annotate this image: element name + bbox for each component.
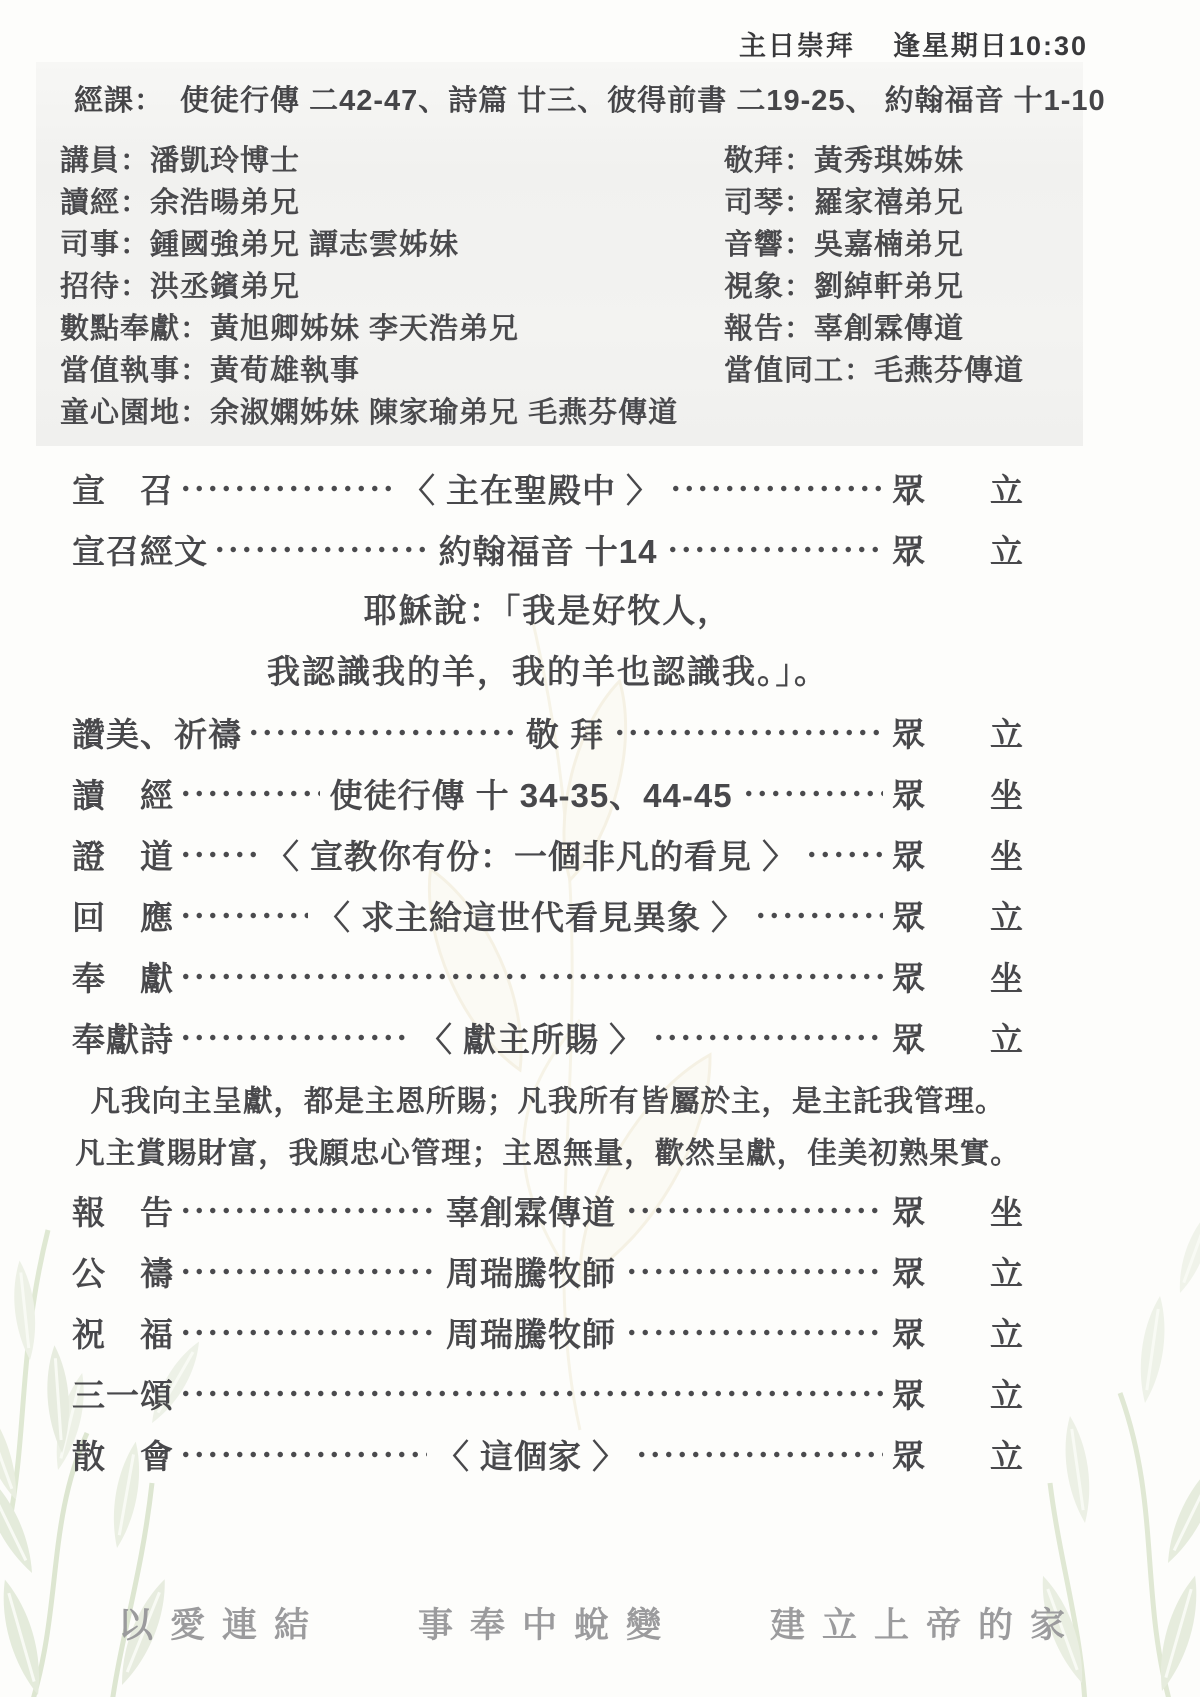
liturgy-item-label: 宣召經文: [72, 526, 208, 573]
dotted-leader: [179, 838, 257, 871]
dotted-leader: [536, 1377, 883, 1410]
liturgy-row: 讚美、祈禱 敬 拜 眾 立: [72, 702, 1024, 763]
liturgy-row: 散 會 〈 這個家 〉 眾 立: [72, 1424, 1024, 1485]
roster-item: 報告：辜創霖傳道: [724, 308, 1024, 350]
liturgy-item-content: 周瑞騰牧師: [442, 1309, 620, 1356]
liturgy-row: 回 應 〈 求主給這世代看見異象 〉 眾 立: [72, 885, 1024, 946]
dotted-leader: [179, 899, 308, 932]
congregation-label: 眾: [892, 831, 926, 878]
liturgy-item-posture: 眾 坐: [892, 953, 1024, 1000]
roster-item: 司事：鍾國強弟兄 譚志雲姊妹: [60, 224, 678, 266]
liturgy-item-posture: 眾 立: [892, 892, 1024, 939]
liturgy-row: 報 告 辜創霖傳道 眾 坐: [72, 1180, 1024, 1241]
roster-left-column: 講員：潘凱玲博士 讀經：余浩暘弟兄 司事：鍾國強弟兄 譚志雲姊妹 招待：洪丞鑌弟…: [60, 140, 678, 434]
church-motto: 以愛連結 事奉中蛻變 建立上帝的家: [0, 1598, 1200, 1648]
dotted-leader: [613, 716, 883, 749]
dotted-leader: [742, 777, 883, 810]
roster-item: 童心園地：余淑嫻姊妹 陳家瑜弟兄 毛燕芬傳道: [60, 392, 678, 434]
liturgy-item-label: 證 道: [72, 831, 174, 878]
dotted-leader: [666, 533, 883, 566]
congregation-label: 眾: [892, 1309, 926, 1356]
liturgy-item-content: 〈 主在聖殿中 〉: [398, 465, 664, 512]
liturgy-row: 奉 獻 眾 坐: [72, 946, 1024, 1007]
dotted-leader: [536, 960, 883, 993]
liturgy-item-label: 讀 經: [72, 770, 174, 817]
bulletin-header: 主日崇拜 逢星期日10:30: [739, 24, 1088, 63]
liturgy-row: 證 道 〈 宣教你有份：一個非凡的看見 〉 眾 坐: [72, 824, 1024, 885]
service-title: 主日崇拜: [739, 24, 855, 63]
liturgy-item-posture: 眾 立: [892, 1309, 1024, 1356]
dotted-leader: [625, 1316, 883, 1349]
dotted-leader: [635, 1438, 883, 1471]
dotted-leader: [179, 1021, 410, 1054]
liturgy-item-posture: 眾 立: [892, 526, 1024, 573]
liturgy-item-posture: 眾 立: [892, 1370, 1024, 1417]
dotted-leader: [179, 1255, 437, 1288]
posture-label: 立: [990, 1431, 1024, 1478]
liturgy-item-posture: 眾 立: [892, 1014, 1024, 1061]
posture-label: 坐: [990, 770, 1024, 817]
liturgy-item-label: 祝 福: [72, 1309, 174, 1356]
dotted-leader: [625, 1194, 883, 1227]
lectionary-label: 經課：: [74, 78, 164, 119]
liturgy-row: 祝 福 周瑞騰牧師 眾 立: [72, 1302, 1024, 1363]
posture-label: 立: [990, 526, 1024, 573]
liturgy-item-posture: 眾 坐: [892, 831, 1024, 878]
dotted-leader: [247, 716, 517, 749]
dotted-leader: [179, 1316, 437, 1349]
offertory-hymn-line: 凡主賞賜財富，我願忠心管理；主恩無量，歡然呈獻，佳美初熟果實。: [72, 1128, 1024, 1180]
dotted-leader: [179, 1438, 427, 1471]
congregation-label: 眾: [892, 709, 926, 756]
liturgy-item-posture: 眾 立: [892, 1248, 1024, 1295]
liturgy-item-label: 散 會: [72, 1431, 174, 1478]
dotted-leader: [179, 777, 320, 810]
liturgy-item-content: 〈 求主給這世代看見異象 〉: [313, 892, 749, 939]
liturgy-row: 奉獻詩 〈 獻主所賜 〉 眾 立: [72, 1007, 1024, 1068]
liturgy-row: 讀 經 使徒行傳 十 34-35、44-45 眾 坐: [72, 763, 1024, 824]
dotted-leader: [179, 1377, 526, 1410]
congregation-label: 眾: [892, 770, 926, 817]
congregation-label: 眾: [892, 526, 926, 573]
liturgy-item-posture: 眾 坐: [892, 770, 1024, 817]
congregation-label: 眾: [892, 1014, 926, 1061]
liturgy-item-label: 奉獻詩: [72, 1014, 174, 1061]
order-of-service: 宣 召 〈 主在聖殿中 〉 眾 立 宣召經文 約翰福音 十14 眾 立 耶穌說：…: [72, 458, 1024, 1485]
dotted-leader: [179, 472, 393, 505]
liturgy-row: 宣 召 〈 主在聖殿中 〉 眾 立: [72, 458, 1024, 519]
congregation-label: 眾: [892, 953, 926, 1000]
liturgy-item-label: 報 告: [72, 1187, 174, 1234]
roster-item: 當值執事：黃荀雄執事: [60, 350, 678, 392]
dotted-leader: [652, 1021, 883, 1054]
roster-item: 讀經：余浩暘弟兄: [60, 182, 678, 224]
liturgy-item-label: 回 應: [72, 892, 174, 939]
lectionary-content: 使徒行傳 二42-47、詩篇 廿三、彼得前書 二19-25、 約翰福音 十1-1…: [180, 78, 1106, 119]
roster-item: 當值同工：毛燕芬傳道: [724, 350, 1024, 392]
liturgy-item-content: 〈 宣教你有份：一個非凡的看見 〉: [262, 831, 800, 878]
posture-label: 坐: [990, 953, 1024, 1000]
motto-phrase: 事奉中蛻變: [418, 1598, 678, 1648]
liturgy-item-label: 三一頌: [72, 1370, 174, 1417]
posture-label: 立: [990, 465, 1024, 512]
posture-label: 坐: [990, 831, 1024, 878]
posture-label: 立: [990, 1370, 1024, 1417]
call-scripture-line: 耶穌說：「我是好牧人，: [72, 580, 1024, 641]
liturgy-item-label: 宣 召: [72, 465, 174, 512]
liturgy-item-content: 〈 這個家 〉: [432, 1431, 630, 1478]
roster-item: 音響：吳嘉楠弟兄: [724, 224, 1024, 266]
liturgy-item-posture: 眾 立: [892, 1431, 1024, 1478]
liturgy-item-label: 奉 獻: [72, 953, 174, 1000]
dotted-leader: [669, 472, 883, 505]
liturgy-item-content: 〈 獻主所賜 〉: [415, 1014, 647, 1061]
liturgy-item-posture: 眾 立: [892, 465, 1024, 512]
dotted-leader: [179, 960, 526, 993]
posture-label: 坐: [990, 1187, 1024, 1234]
lectionary-line: 經課： 使徒行傳 二42-47、詩篇 廿三、彼得前書 二19-25、 約翰福音 …: [74, 78, 1106, 119]
posture-label: 立: [990, 1248, 1024, 1295]
dotted-leader: [805, 838, 883, 871]
liturgy-item-posture: 眾 坐: [892, 1187, 1024, 1234]
call-scripture-line: 我認識我的羊，我的羊也認識我。」。: [72, 641, 1024, 702]
dotted-leader: [179, 1194, 437, 1227]
posture-label: 立: [990, 709, 1024, 756]
roster-item: 數點奉獻：黃旭卿姊妹 李天浩弟兄: [60, 308, 678, 350]
roster-right-column: 敬拜：黃秀琪姊妹 司琴：羅家禧弟兄 音響：吳嘉楠弟兄 視象：劉綽軒弟兄 報告：辜…: [724, 140, 1024, 392]
posture-label: 立: [990, 1014, 1024, 1061]
dotted-leader: [754, 899, 883, 932]
roster-item: 司琴：羅家禧弟兄: [724, 182, 1024, 224]
roster-item: 視象：劉綽軒弟兄: [724, 266, 1024, 308]
roster-item: 敬拜：黃秀琪姊妹: [724, 140, 1024, 182]
liturgy-item-content: 周瑞騰牧師: [442, 1248, 620, 1295]
congregation-label: 眾: [892, 1248, 926, 1295]
posture-label: 立: [990, 892, 1024, 939]
congregation-label: 眾: [892, 1431, 926, 1478]
dotted-leader: [625, 1255, 883, 1288]
liturgy-row: 三一頌 眾 立: [72, 1363, 1024, 1424]
roster-item: 招待：洪丞鑌弟兄: [60, 266, 678, 308]
congregation-label: 眾: [892, 465, 926, 512]
liturgy-row: 宣召經文 約翰福音 十14 眾 立: [72, 519, 1024, 580]
congregation-label: 眾: [892, 1187, 926, 1234]
liturgy-item-label: 公 禱: [72, 1248, 174, 1295]
motto-phrase: 建立上帝的家: [770, 1598, 1082, 1648]
motto-phrase: 以愛連結: [118, 1598, 326, 1648]
dotted-leader: [213, 533, 430, 566]
service-time: 逢星期日10:30: [893, 24, 1088, 63]
liturgy-item-content: 辜創霖傳道: [442, 1187, 620, 1234]
liturgy-item-posture: 眾 立: [892, 709, 1024, 756]
congregation-label: 眾: [892, 892, 926, 939]
liturgy-item-label: 讚美、祈禱: [72, 709, 242, 756]
info-panel: 經課： 使徒行傳 二42-47、詩篇 廿三、彼得前書 二19-25、 約翰福音 …: [36, 62, 1083, 446]
offertory-hymn-line: 凡我向主呈獻，都是主恩所賜；凡我所有皆屬於主，是主託我管理。: [72, 1076, 1024, 1128]
liturgy-item-content: 使徒行傳 十 34-35、44-45: [325, 770, 736, 817]
congregation-label: 眾: [892, 1370, 926, 1417]
liturgy-item-content: 敬 拜: [522, 709, 608, 756]
liturgy-item-content: 約翰福音 十14: [435, 526, 662, 573]
roster-item: 講員：潘凱玲博士: [60, 140, 678, 182]
liturgy-row: 公 禱 周瑞騰牧師 眾 立: [72, 1241, 1024, 1302]
posture-label: 立: [990, 1309, 1024, 1356]
